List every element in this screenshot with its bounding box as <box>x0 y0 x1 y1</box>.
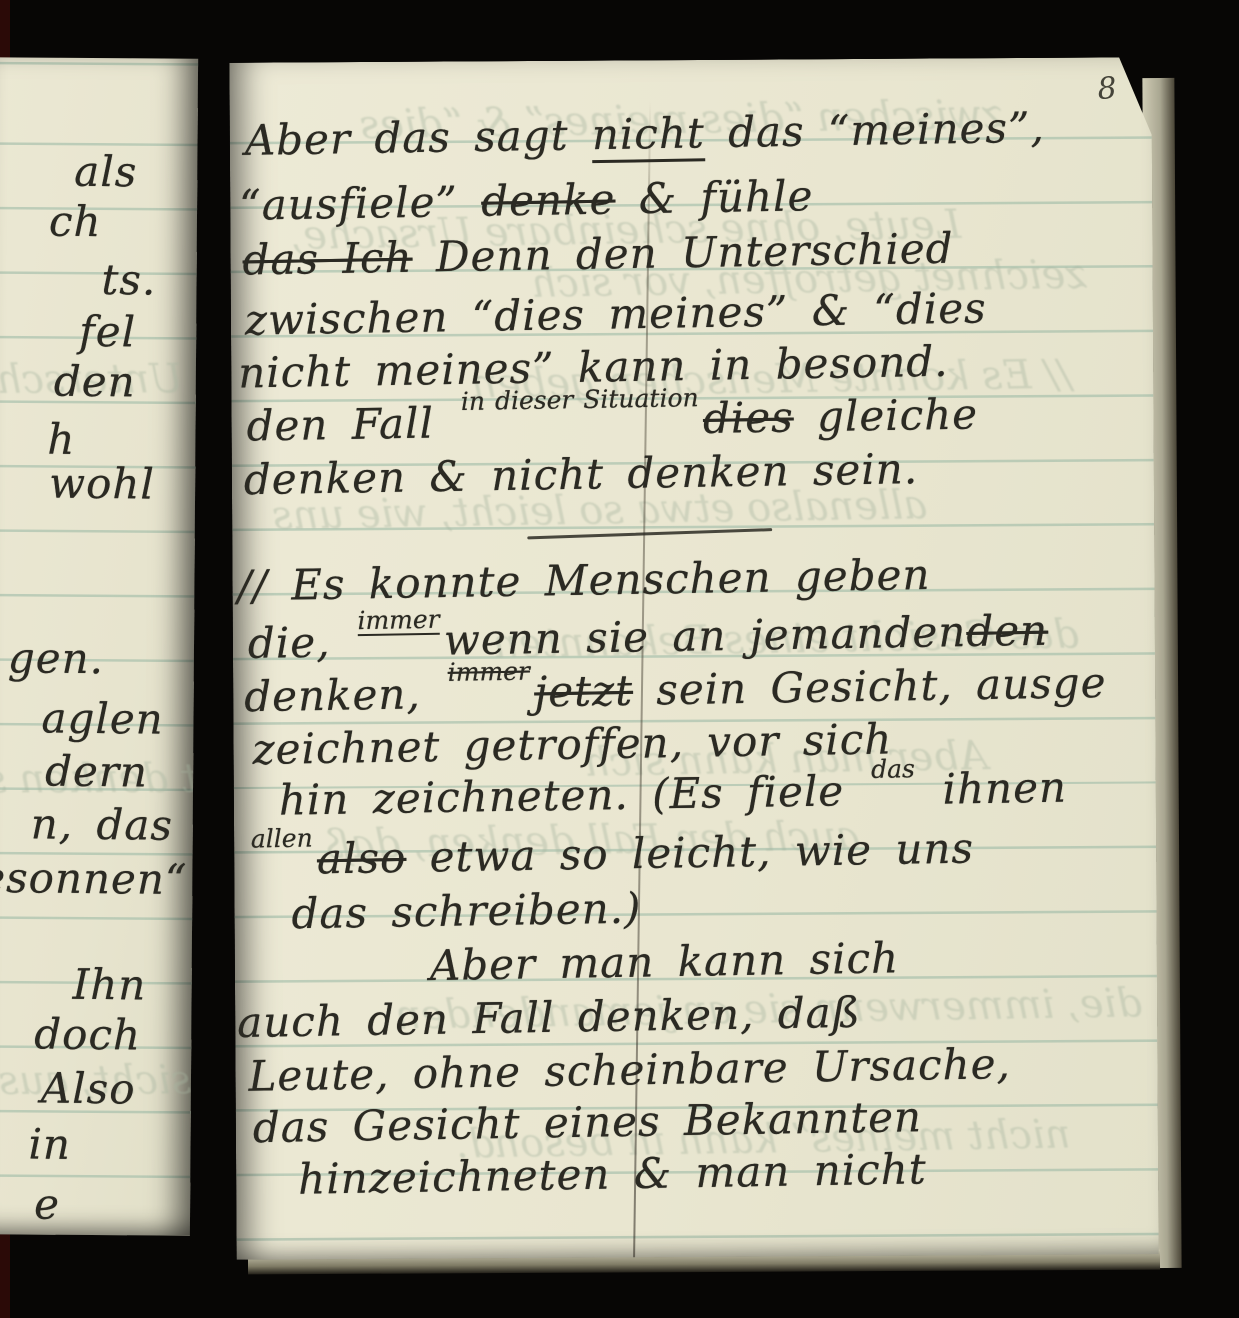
manuscript-line: auch den Fall denken, daß <box>237 991 861 1045</box>
left-page-fragment: ch <box>49 200 102 245</box>
manuscript-segment: das <box>871 756 915 783</box>
left-page-fragment: dern <box>45 749 148 794</box>
manuscript-segment: allen <box>251 825 313 852</box>
manuscript-segment: immer <box>448 659 531 687</box>
manuscript-line: denken, immerjetzt sein Gesicht, ausge <box>244 661 1107 719</box>
manuscript-segment: dies <box>703 392 795 442</box>
manuscript-text: Aber das sagt nicht das “meines”,“ausfie… <box>229 57 1151 63</box>
left-page-bleedthrough: das Ich Denn den Unterschieddenken & nic… <box>0 57 198 58</box>
manuscript-segment: den Fall <box>246 398 457 450</box>
manuscript-segment: das “meines”, <box>704 103 1045 158</box>
manuscript-line: Leute, ohne scheinbare Ursache, <box>248 1042 1011 1099</box>
page-number: 8 <box>1096 71 1118 107</box>
manuscript-segment: zwischen “dies meines” & “dies <box>245 283 987 344</box>
manuscript-segment: & fühle <box>615 171 814 223</box>
manuscript-line: hin zeichneten. (Es fiele das ihnen <box>279 766 1068 823</box>
manuscript-segment: die, <box>248 617 355 668</box>
left-page-fragment: doch <box>34 1012 141 1057</box>
manuscript-line: hinzeichneten & man nicht <box>298 1147 927 1202</box>
left-page-fragment: in <box>28 1122 71 1167</box>
left-page-fragment: den <box>54 360 136 405</box>
manuscript-line: ∕∕ Es konnte Menschen geben <box>237 553 931 609</box>
scanned-notebook-spread: das Ich Denn den Unterschieddenken & nic… <box>0 0 1239 1318</box>
manuscript-segment: Leute, ohne scheinbare Ursache, <box>248 1039 1011 1101</box>
manuscript-segment: ihnen <box>919 763 1068 814</box>
manuscript-line: Aber das sagt nicht das “meines”, <box>244 106 1045 163</box>
manuscript-line: das Gesicht eines Bekannten <box>253 1095 923 1150</box>
manuscript-line: zwischen “dies meines” & “dies <box>245 286 987 342</box>
manuscript-line: das schreiben.) <box>291 886 642 936</box>
manuscript-line: “ausfiele” denke & fühle <box>239 174 814 228</box>
manuscript-segment: etwa so leicht, wie uns <box>406 823 974 881</box>
manuscript-line: zeichnet getroffen, vor sich <box>252 717 892 772</box>
left-page-fragment: gen. <box>8 636 105 681</box>
manuscript-segment: hin zeichneten. (Es fiele <box>278 766 867 825</box>
manuscript-segment: hinzeichneten & man nicht <box>298 1144 927 1203</box>
manuscript-line: den Fall in dieser Situationdies gleiche <box>246 392 978 448</box>
left-page-fragment: h <box>47 418 76 462</box>
left-page-fragment: aglen <box>41 696 164 741</box>
left-page-fragment: ts. <box>102 258 157 303</box>
manuscript-segment: denke <box>481 175 616 226</box>
manuscript-segment: ∕∕ Es konnte Menschen geben <box>237 550 931 610</box>
left-page-fragment: Also <box>41 1066 136 1111</box>
manuscript-segment: Aber das sagt <box>244 110 592 165</box>
left-page-fragment: e <box>34 1183 60 1227</box>
manuscript-segment: gleiche <box>793 389 978 441</box>
manuscript-segment: immer <box>357 607 440 637</box>
manuscript-segment: auch den Fall denken, daß <box>237 988 861 1047</box>
manuscript-segment: “ausfiele” <box>239 177 482 230</box>
left-page-line-fragments: alschts.feldenhwohlgen.aglendernn, dasbe… <box>0 57 198 58</box>
left-page-fragment: als <box>74 150 137 195</box>
manuscript-segment: Denn den Unterschied <box>412 224 954 282</box>
manuscript-segment: denken, <box>244 669 445 721</box>
manuscript-segment: jetzt <box>534 666 634 717</box>
manuscript-segment: das Ich <box>242 233 413 285</box>
manuscript-segment: in dieser Situation <box>461 385 699 415</box>
left-page-fragment: besonnen“ <box>0 856 188 903</box>
manuscript-segment: nicht <box>591 108 705 163</box>
manuscript-segment: das schreiben.) <box>291 883 642 938</box>
left-page-fragment: Ihn <box>73 963 147 1008</box>
manuscript-segment: Aber man kann sich <box>429 933 899 990</box>
manuscript-segment: sein Gesicht, ausge <box>633 658 1107 715</box>
manuscript-segment: also <box>317 833 407 883</box>
left-page-strip: das Ich Denn den Unterschieddenken & nic… <box>0 57 198 1235</box>
manuscript-line: Aber man kann sich <box>430 936 900 988</box>
left-page-fragment: wohl <box>49 462 155 507</box>
left-page-fragment: n, das <box>30 802 173 848</box>
right-page: zwischen “dies meines” & “diesLeute, ohn… <box>229 57 1158 1260</box>
manuscript-segment: den <box>966 606 1049 656</box>
left-page-fragment: fel <box>79 310 136 355</box>
manuscript-line: allenalso etwa so leicht, wie uns <box>247 826 974 882</box>
manuscript-line: das Ich Denn den Unterschied <box>242 227 954 283</box>
manuscript-line: denken & nicht denken sein. <box>244 447 919 502</box>
bleedthrough-layer: zwischen “dies meines” & “diesLeute, ohn… <box>229 57 1151 63</box>
